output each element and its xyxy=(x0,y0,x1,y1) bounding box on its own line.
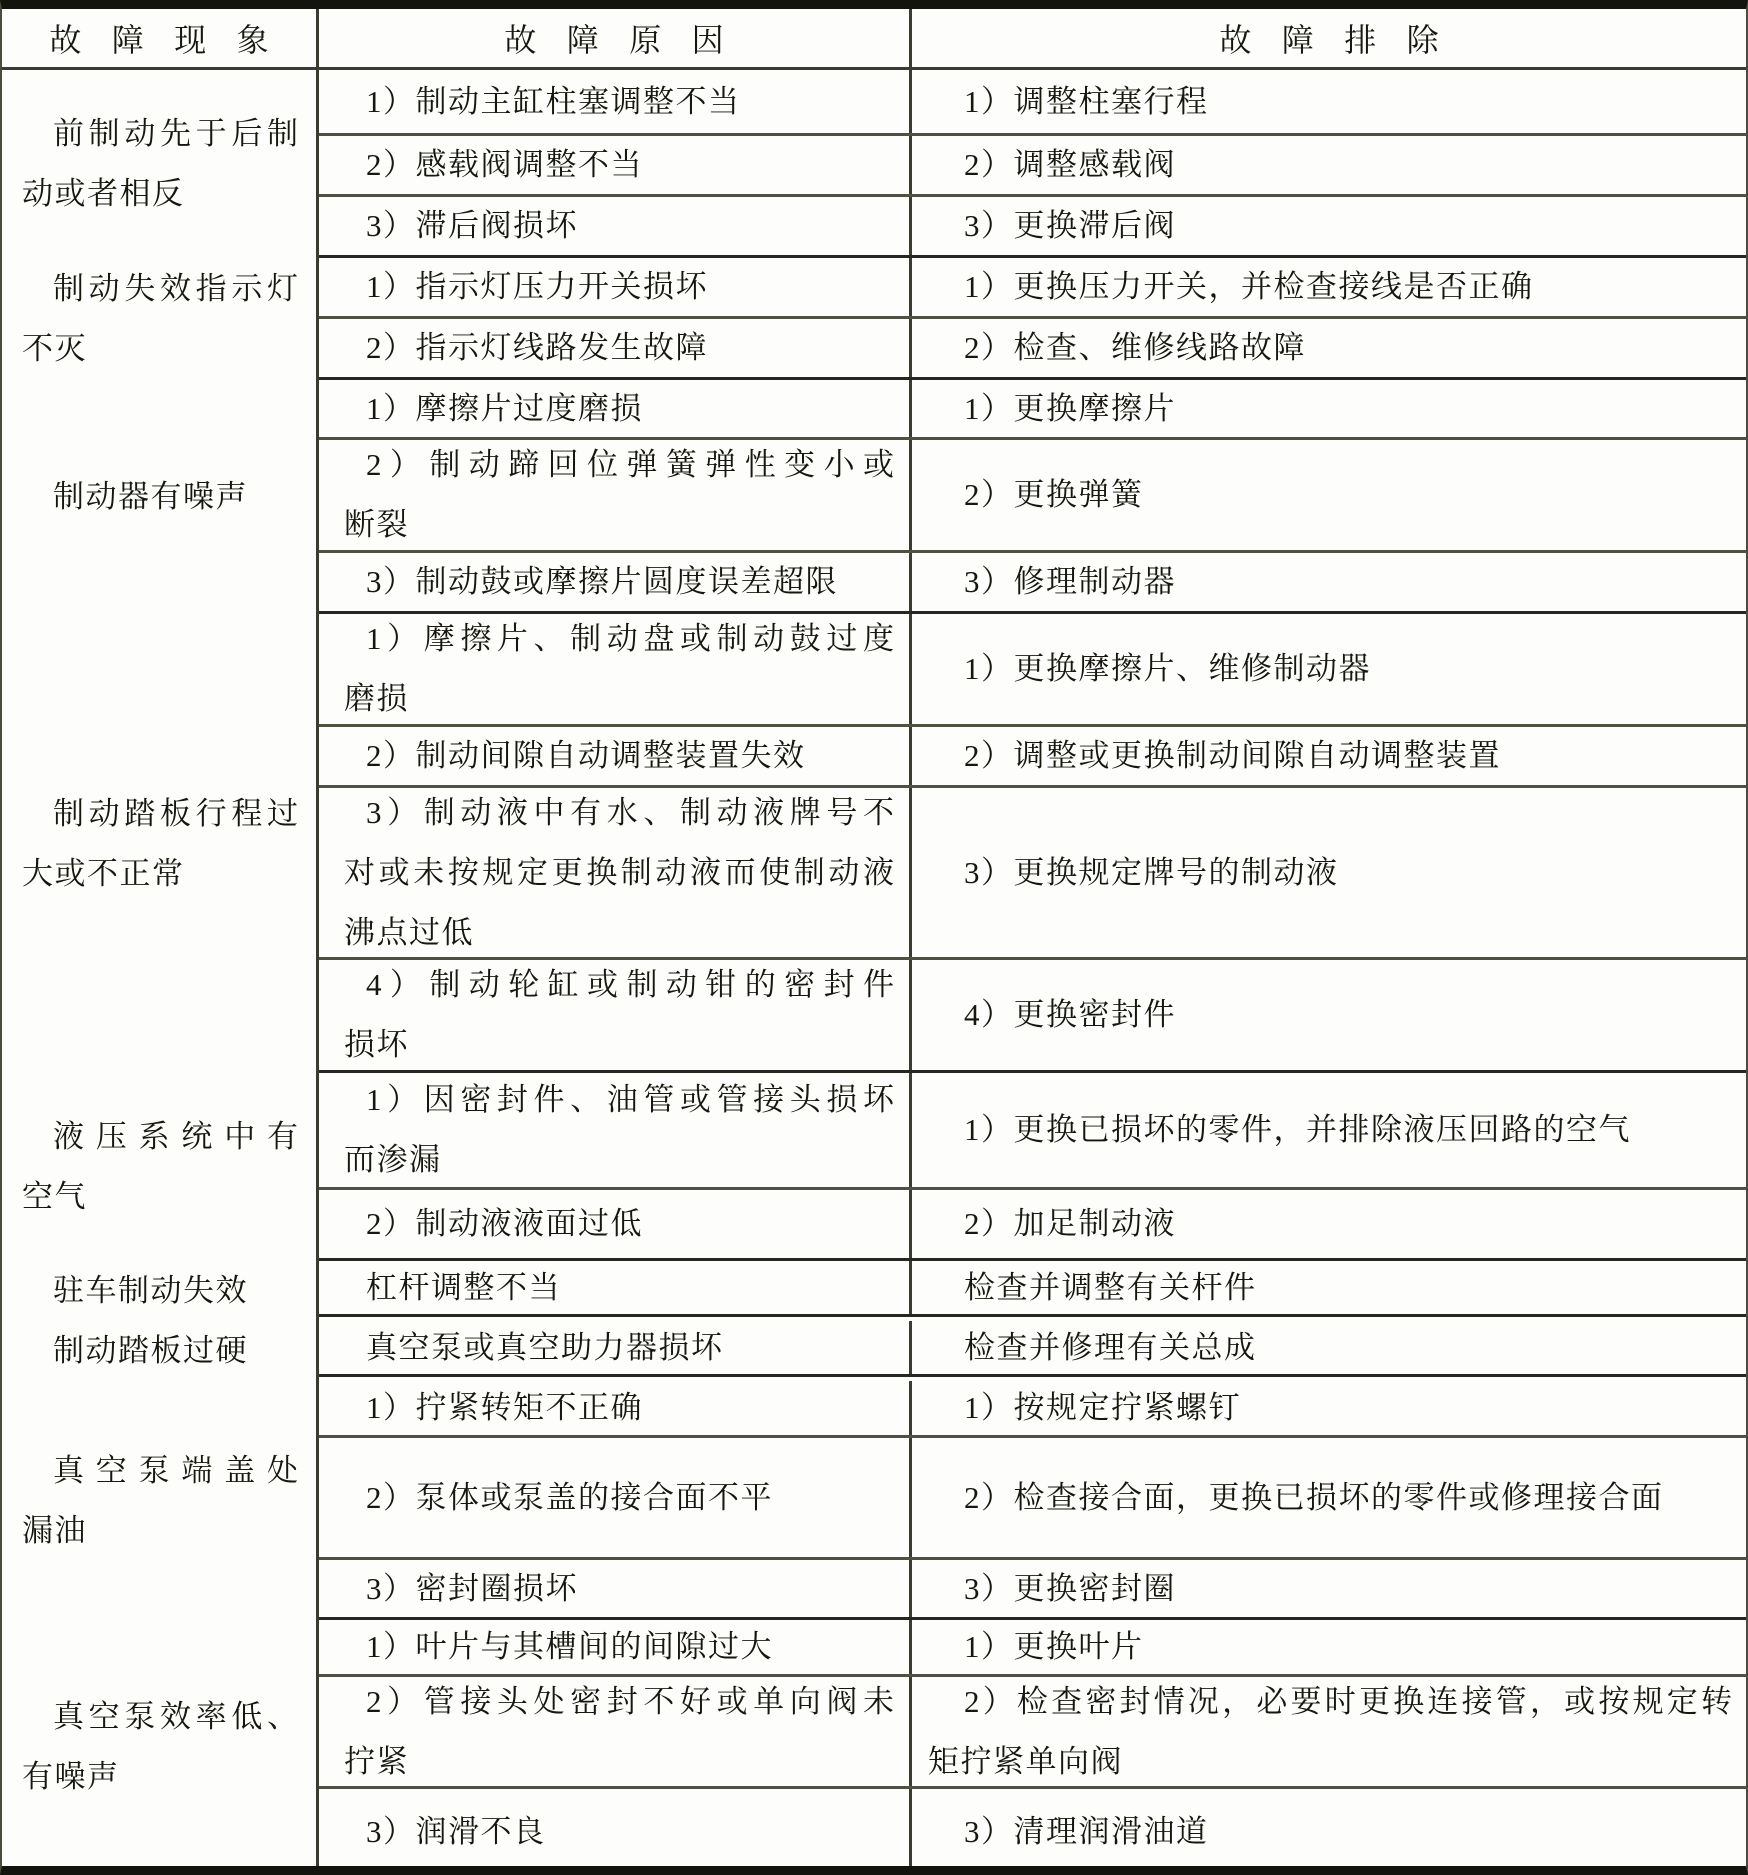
text-line: 1）叶片与其槽间的间隙过大 xyxy=(344,1617,894,1677)
text-line: 1）更换摩擦片、维修制动器 xyxy=(928,639,1732,699)
group-rows: 1）摩擦片过度磨损1）更换摩擦片2）制动蹄回位弹簧弹性变小或断裂2）更换弹簧3）… xyxy=(319,380,1746,614)
table-row: 真空泵或真空助力器损坏检查并修理有关总成 xyxy=(319,1321,1746,1377)
text-line: 3）清理润滑油道 xyxy=(928,1802,1732,1862)
text-line: 对或未按规定更换制动液而使制动液 xyxy=(344,843,894,903)
cause-cell: 3）润滑不良 xyxy=(319,1789,912,1874)
phenomenon-cell: 前制动先于后制动或者相反 xyxy=(2,70,319,258)
text-line: 2）更换弹簧 xyxy=(928,465,1732,525)
cause-cell: 2）感载阀调整不当 xyxy=(319,136,912,194)
remedy-cell: 检查并调整有关杆件 xyxy=(912,1261,1746,1314)
text-line: 1）更换叶片 xyxy=(928,1617,1732,1677)
text-line: 2）调整或更换制动间隙自动调整装置 xyxy=(928,726,1732,786)
text-line: 大或不正常 xyxy=(22,844,298,904)
text-line: 2）指示灯线路发生故障 xyxy=(344,318,894,378)
table-row: 1）制动主缸柱塞调整不当1）调整柱塞行程 xyxy=(319,70,1746,136)
group-rows: 1）制动主缸柱塞调整不当1）调整柱塞行程2）感载阀调整不当2）调整感载阀3）滞后… xyxy=(319,70,1746,258)
text-line: 2）制动间隙自动调整装置失效 xyxy=(344,726,894,786)
table-row: 2）制动蹄回位弹簧弹性变小或断裂2）更换弹簧 xyxy=(319,440,1746,553)
text-line: 2）泵体或泵盖的接合面不平 xyxy=(344,1468,894,1528)
table-row: 1）叶片与其槽间的间隙过大1）更换叶片 xyxy=(319,1620,1746,1677)
text-line: 1）制动主缸柱塞调整不当 xyxy=(344,72,894,132)
text-line: 漏油 xyxy=(22,1501,298,1561)
text-line: 2）检查接合面，更换已损坏的零件或修理接合面 xyxy=(928,1468,1732,1528)
table-row: 3）润滑不良3）清理润滑油道 xyxy=(319,1789,1746,1874)
phenomenon-cell: 真空泵效率低、有噪声 xyxy=(2,1620,319,1874)
group-rows: 1）叶片与其槽间的间隙过大1）更换叶片2）管接头处密封不好或单向阀未拧紧2）检查… xyxy=(319,1620,1746,1874)
text-line: 1）更换摩擦片 xyxy=(928,379,1732,439)
group-rows: 1）因密封件、油管或管接头损坏而渗漏1）更换已损坏的零件，并排除液压回路的空气2… xyxy=(319,1073,1746,1261)
text-line: 制动踏板行程过 xyxy=(22,784,298,844)
remedy-cell: 1）按规定拧紧螺钉 xyxy=(912,1381,1746,1435)
fault-group: 制动踏板行程过大或不正常1）摩擦片、制动盘或制动鼓过度磨损1）更换摩擦片、维修制… xyxy=(2,614,1746,1073)
text-line: 真空泵或真空助力器损坏 xyxy=(344,1318,894,1378)
remedy-cell: 2）检查密封情况，必要时更换连接管，或按规定转矩拧紧单向阀 xyxy=(912,1677,1746,1786)
table-row: 1）因密封件、油管或管接头损坏而渗漏1）更换已损坏的零件，并排除液压回路的空气 xyxy=(319,1073,1746,1190)
group-rows: 1）指示灯压力开关损坏1）更换压力开关，并检查接线是否正确2）指示灯线路发生故障… xyxy=(319,258,1746,380)
text-line: 3）密封圈损坏 xyxy=(344,1559,894,1619)
phenomenon-cell: 驻车制动失效 xyxy=(2,1261,319,1321)
cause-cell: 4）制动轮缸或制动钳的密封件损坏 xyxy=(319,960,912,1070)
phenomenon-cell: 制动踏板行程过大或不正常 xyxy=(2,614,319,1073)
table-header-row: 故障现象 故障原因 故障排除 xyxy=(2,9,1746,70)
text-line: 1）调整柱塞行程 xyxy=(928,72,1732,132)
table-row: 杠杆调整不当检查并调整有关杆件 xyxy=(319,1261,1746,1317)
text-line: 断裂 xyxy=(344,495,894,555)
table-row: 1）拧紧转矩不正确1）按规定拧紧螺钉 xyxy=(319,1381,1746,1438)
text-line: 4）制动轮缸或制动钳的密封件 xyxy=(344,955,894,1015)
text-line: 杠杆调整不当 xyxy=(344,1258,894,1318)
fault-group: 液压系统中有空气1）因密封件、油管或管接头损坏而渗漏1）更换已损坏的零件，并排除… xyxy=(2,1073,1746,1261)
text-line: 3）润滑不良 xyxy=(344,1802,894,1862)
text-line: 1）更换已损坏的零件，并排除液压回路的空气 xyxy=(928,1100,1732,1160)
remedy-cell: 3）清理润滑油道 xyxy=(912,1789,1746,1874)
remedy-cell: 1）更换叶片 xyxy=(912,1620,1746,1674)
remedy-cell: 1）更换压力开关，并检查接线是否正确 xyxy=(912,258,1746,316)
table-row: 2）指示灯线路发生故障2）检查、维修线路故障 xyxy=(319,319,1746,380)
header-phenomenon: 故障现象 xyxy=(2,9,319,67)
text-line: 1）摩擦片过度磨损 xyxy=(344,379,894,439)
fault-group: 制动失效指示灯不灭1）指示灯压力开关损坏1）更换压力开关，并检查接线是否正确2）… xyxy=(2,258,1746,380)
remedy-cell: 1）更换摩擦片 xyxy=(912,380,1746,437)
text-line: 3）更换规定牌号的制动液 xyxy=(928,843,1732,903)
table-row: 1）指示灯压力开关损坏1）更换压力开关，并检查接线是否正确 xyxy=(319,258,1746,319)
text-line: 拧紧 xyxy=(344,1732,894,1792)
text-line: 3）修理制动器 xyxy=(928,552,1732,612)
cause-cell: 2）制动液液面过低 xyxy=(319,1190,912,1258)
remedy-cell: 2）更换弹簧 xyxy=(912,440,1746,550)
phenomenon-cell: 制动失效指示灯不灭 xyxy=(2,258,319,380)
table-row: 4）制动轮缸或制动钳的密封件损坏4）更换密封件 xyxy=(319,960,1746,1073)
header-remedy: 故障排除 xyxy=(912,9,1746,67)
remedy-cell: 3）更换滞后阀 xyxy=(912,197,1746,255)
remedy-cell: 1）调整柱塞行程 xyxy=(912,70,1746,133)
text-line: 检查并调整有关杆件 xyxy=(928,1258,1732,1318)
fault-group: 真空泵效率低、有噪声1）叶片与其槽间的间隙过大1）更换叶片2）管接头处密封不好或… xyxy=(2,1620,1746,1874)
text-line: 2）感载阀调整不当 xyxy=(344,135,894,195)
text-line: 真空泵端盖处 xyxy=(22,1441,298,1501)
table-body: 前制动先于后制动或者相反1）制动主缸柱塞调整不当1）调整柱塞行程2）感载阀调整不… xyxy=(2,70,1746,1874)
cause-cell: 3）滞后阀损坏 xyxy=(319,197,912,255)
cause-cell: 1）摩擦片、制动盘或制动鼓过度磨损 xyxy=(319,614,912,724)
text-line: 2）检查、维修线路故障 xyxy=(928,318,1732,378)
cause-cell: 1）摩擦片过度磨损 xyxy=(319,380,912,437)
text-line: 损坏 xyxy=(344,1015,894,1075)
cause-cell: 杠杆调整不当 xyxy=(319,1261,912,1314)
phenomenon-cell: 液压系统中有空气 xyxy=(2,1073,319,1261)
fault-group: 驻车制动失效杠杆调整不当检查并调整有关杆件 xyxy=(2,1261,1746,1321)
phenomenon-cell: 真空泵端盖处漏油 xyxy=(2,1381,319,1620)
text-line: 1）摩擦片、制动盘或制动鼓过度 xyxy=(344,609,894,669)
table-row: 3）制动鼓或摩擦片圆度误差超限3）修理制动器 xyxy=(319,553,1746,614)
text-line: 检查并修理有关总成 xyxy=(928,1318,1732,1378)
text-line: 3）制动液中有水、制动液牌号不 xyxy=(344,783,894,843)
text-line: 前制动先于后制 xyxy=(22,104,298,164)
text-line: 真空泵效率低、 xyxy=(22,1687,298,1747)
text-line: 制动踏板过硬 xyxy=(22,1321,298,1381)
group-rows: 1）拧紧转矩不正确1）按规定拧紧螺钉2）泵体或泵盖的接合面不平2）检查接合面，更… xyxy=(319,1381,1746,1620)
remedy-cell: 3）更换规定牌号的制动液 xyxy=(912,788,1746,957)
cause-cell: 1）因密封件、油管或管接头损坏而渗漏 xyxy=(319,1073,912,1187)
remedy-cell: 4）更换密封件 xyxy=(912,960,1746,1070)
cause-cell: 2）制动间隙自动调整装置失效 xyxy=(319,727,912,785)
remedy-cell: 2）检查接合面，更换已损坏的零件或修理接合面 xyxy=(912,1438,1746,1557)
phenomenon-cell: 制动踏板过硬 xyxy=(2,1321,319,1381)
text-line: 磨损 xyxy=(344,669,894,729)
text-line: 空气 xyxy=(22,1167,298,1227)
group-rows: 真空泵或真空助力器损坏检查并修理有关总成 xyxy=(319,1321,1746,1381)
text-line: 矩拧紧单向阀 xyxy=(928,1732,1732,1792)
text-line: 3）制动鼓或摩擦片圆度误差超限 xyxy=(344,552,894,612)
cause-cell: 1）制动主缸柱塞调整不当 xyxy=(319,70,912,133)
cause-cell: 3）密封圈损坏 xyxy=(319,1560,912,1617)
text-line: 2）制动液液面过低 xyxy=(344,1194,894,1254)
table-row: 3）制动液中有水、制动液牌号不对或未按规定更换制动液而使制动液沸点过低3）更换规… xyxy=(319,788,1746,960)
cause-cell: 1）叶片与其槽间的间隙过大 xyxy=(319,1620,912,1674)
table-row: 1）摩擦片、制动盘或制动鼓过度磨损1）更换摩擦片、维修制动器 xyxy=(319,614,1746,727)
table-row: 3）滞后阀损坏3）更换滞后阀 xyxy=(319,197,1746,258)
remedy-cell: 3）修理制动器 xyxy=(912,553,1746,611)
cause-cell: 2）管接头处密封不好或单向阀未拧紧 xyxy=(319,1677,912,1786)
table-row: 2）管接头处密封不好或单向阀未拧紧2）检查密封情况，必要时更换连接管，或按规定转… xyxy=(319,1677,1746,1789)
text-line: 2）调整感载阀 xyxy=(928,135,1732,195)
text-line: 2）管接头处密封不好或单向阀未 xyxy=(344,1672,894,1732)
text-line: 1）因密封件、油管或管接头损坏 xyxy=(344,1070,894,1130)
fault-diagnosis-table: 故障现象 故障原因 故障排除 前制动先于后制动或者相反1）制动主缸柱塞调整不当1… xyxy=(0,0,1748,1875)
text-line: 动或者相反 xyxy=(22,164,298,224)
remedy-cell: 1）更换摩擦片、维修制动器 xyxy=(912,614,1746,724)
text-line: 有噪声 xyxy=(22,1747,298,1807)
fault-group: 真空泵端盖处漏油1）拧紧转矩不正确1）按规定拧紧螺钉2）泵体或泵盖的接合面不平2… xyxy=(2,1381,1746,1620)
text-line: 2）检查密封情况，必要时更换连接管，或按规定转 xyxy=(928,1672,1732,1732)
cause-cell: 2）指示灯线路发生故障 xyxy=(319,319,912,377)
fault-group: 前制动先于后制动或者相反1）制动主缸柱塞调整不当1）调整柱塞行程2）感载阀调整不… xyxy=(2,70,1746,258)
remedy-cell: 2）调整或更换制动间隙自动调整装置 xyxy=(912,727,1746,785)
table-row: 2）泵体或泵盖的接合面不平2）检查接合面，更换已损坏的零件或修理接合面 xyxy=(319,1438,1746,1560)
group-rows: 1）摩擦片、制动盘或制动鼓过度磨损1）更换摩擦片、维修制动器2）制动间隙自动调整… xyxy=(319,614,1746,1073)
text-line: 2）制动蹄回位弹簧弹性变小或 xyxy=(344,435,894,495)
remedy-cell: 2）调整感载阀 xyxy=(912,136,1746,194)
text-line: 不灭 xyxy=(22,319,298,379)
table-row: 2）制动液液面过低2）加足制动液 xyxy=(319,1190,1746,1261)
remedy-cell: 2）加足制动液 xyxy=(912,1190,1746,1258)
group-rows: 杠杆调整不当检查并调整有关杆件 xyxy=(319,1261,1746,1321)
phenomenon-cell: 制动器有噪声 xyxy=(2,380,319,614)
fault-group: 制动踏板过硬真空泵或真空助力器损坏检查并修理有关总成 xyxy=(2,1321,1746,1381)
table-row: 2）制动间隙自动调整装置失效2）调整或更换制动间隙自动调整装置 xyxy=(319,727,1746,788)
text-line: 3）更换密封圈 xyxy=(928,1559,1732,1619)
text-line: 1）更换压力开关，并检查接线是否正确 xyxy=(928,257,1732,317)
text-line: 1）指示灯压力开关损坏 xyxy=(344,257,894,317)
text-line: 而渗漏 xyxy=(344,1130,894,1190)
table-row: 3）密封圈损坏3）更换密封圈 xyxy=(319,1560,1746,1620)
cause-cell: 2）制动蹄回位弹簧弹性变小或断裂 xyxy=(319,440,912,550)
text-line: 1）拧紧转矩不正确 xyxy=(344,1378,894,1438)
cause-cell: 1）拧紧转矩不正确 xyxy=(319,1381,912,1435)
text-line: 2）加足制动液 xyxy=(928,1194,1732,1254)
table-row: 2）感载阀调整不当2）调整感载阀 xyxy=(319,136,1746,197)
remedy-cell: 3）更换密封圈 xyxy=(912,1560,1746,1617)
text-line: 3）滞后阀损坏 xyxy=(344,196,894,256)
text-line: 液压系统中有 xyxy=(22,1107,298,1167)
cause-cell: 3）制动液中有水、制动液牌号不对或未按规定更换制动液而使制动液沸点过低 xyxy=(319,788,912,957)
text-line: 4）更换密封件 xyxy=(928,985,1732,1045)
cause-cell: 2）泵体或泵盖的接合面不平 xyxy=(319,1438,912,1557)
text-line: 3）更换滞后阀 xyxy=(928,196,1732,256)
cause-cell: 真空泵或真空助力器损坏 xyxy=(319,1321,912,1374)
table-row: 1）摩擦片过度磨损1）更换摩擦片 xyxy=(319,380,1746,440)
text-line: 制动失效指示灯 xyxy=(22,259,298,319)
text-line: 1）按规定拧紧螺钉 xyxy=(928,1378,1732,1438)
fault-group: 制动器有噪声1）摩擦片过度磨损1）更换摩擦片2）制动蹄回位弹簧弹性变小或断裂2）… xyxy=(2,380,1746,614)
remedy-cell: 1）更换已损坏的零件，并排除液压回路的空气 xyxy=(912,1073,1746,1187)
cause-cell: 3）制动鼓或摩擦片圆度误差超限 xyxy=(319,553,912,611)
text-line: 制动器有噪声 xyxy=(22,467,298,527)
text-line: 沸点过低 xyxy=(344,903,894,963)
remedy-cell: 2）检查、维修线路故障 xyxy=(912,319,1746,377)
remedy-cell: 检查并修理有关总成 xyxy=(912,1321,1746,1374)
header-cause: 故障原因 xyxy=(319,9,912,67)
text-line: 驻车制动失效 xyxy=(22,1261,298,1321)
cause-cell: 1）指示灯压力开关损坏 xyxy=(319,258,912,316)
